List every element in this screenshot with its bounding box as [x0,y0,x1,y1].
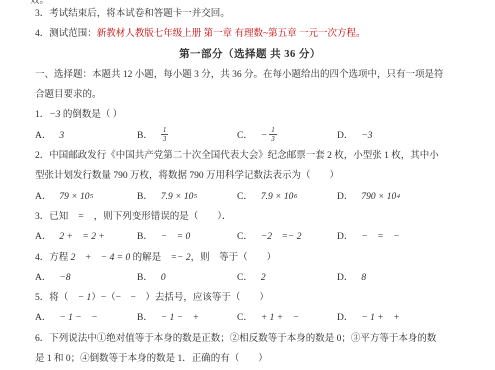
question-4-stem: 4．方程 2 + − 4 = 0 的解是 =− 2，则 等于（ ） [35,248,465,268]
question-1-stem: 1．−3 的倒数是（ ） [35,105,465,125]
question-2-stem-line2: 型张计划发行数量 790 万枚，将数据 790 万用科学记数法表示为（ ） [35,166,465,186]
q2-option-d: D．790 × 104 [337,187,465,207]
q3-option-c: C．−2 =− 2 [237,227,337,247]
q1-option-a: A．3 [35,126,137,146]
instruction-3-text: 考试结束后，将本试卷和答题卡一并交回。 [49,9,230,19]
clipped-previous-line: 效。 [30,0,49,6]
question-3-options: A．2 + = 2 + B．− = 0 C．−2 =− 2 D．− = − [35,227,465,247]
q2-option-c: C．7.9 × 106 [237,187,337,207]
instruction-item-3: 3．考试结束后，将本试卷和答题卡一并交回。 [35,4,465,24]
q5-option-b: B．− 1 − + [137,308,237,328]
question-5-stem: 5．将（ − 1）−（− − ）去括号，应该等于（ ） [35,288,465,308]
instruction-item-4: 4．测试范围：新教材人教版七年级上册 第一章 有理数~第五章 一元一次方程。 [35,24,465,44]
fraction: 13 [269,126,277,144]
q4-option-a: A．−8 [35,268,137,288]
instruction-4-number: 4． [35,29,49,39]
q5-option-a: A．− 1 − − [35,308,137,328]
question-5-options: A．− 1 − − B．− 1 − + C．+ 1 + − D．− 1 + + [35,308,465,328]
q1-option-d: D．−3 [337,126,465,146]
q4-option-c: C．2 [237,268,337,288]
q2-option-a: A．79 × 105 [35,187,137,207]
q3-option-b: B．− = 0 [137,227,237,247]
question-2-stem-line1: 2．中国邮政发行《中国共产党第二十次全国代表大会》纪念邮票一套 2 枚，小型张 … [35,146,465,166]
question-4-options: A．−8 B．0 C．2 D．8 [35,268,465,288]
q4-option-b: B．0 [137,268,237,288]
q2-option-b: B．7.9 × 105 [137,187,237,207]
instruction-4-label: 测试范围： [49,29,97,39]
section-intro-line1: 一、选择题：本题共 12 小题，每小题 3 分，共 36 分。在每小题给出的四个… [35,65,465,85]
q1-stem-math: −3 [49,110,60,120]
question-1-options: A．3 B．13 C．−13 D．−3 [35,126,465,146]
section-heading: 第一部分（选择题 共 36 分） [35,45,465,65]
q4-option-d: D．8 [337,268,465,288]
question-6-stem-line1: 6．下列说法中①绝对值等于本身的数是正数；②相反数等于本身的数是 0；③平方等于… [35,329,465,349]
q3-option-a: A．2 + = 2 + [35,227,137,247]
q5-option-c: C．+ 1 + − [237,308,337,328]
q1-option-c: C．−13 [237,126,337,146]
q1-option-b: B．13 [137,126,237,146]
exam-document: 效。 3．考试结束后，将本试卷和答题卡一并交回。 4．测试范围：新教材人教版七年… [0,0,495,370]
question-6-stem-line2: 是 1 和 0；④倒数等于本身的数是 1．正确的有（ ） [35,349,465,369]
q3-option-d: D．− = − [337,227,465,247]
question-2-options: A．79 × 105 B．7.9 × 105 C．7.9 × 106 D．790… [35,187,465,207]
section-intro-line2: 合题目要求的。 [35,85,465,105]
fraction: 13 [161,126,169,144]
q5-option-d: D．− 1 + + [337,308,465,328]
question-3-stem: 3．已知 = ，则下列变形错误的是（ ）． [35,207,465,227]
instruction-3-number: 3． [35,9,49,19]
exam-scope-highlight: 新教材人教版七年级上册 第一章 有理数~第五章 一元一次方程。 [97,29,366,39]
